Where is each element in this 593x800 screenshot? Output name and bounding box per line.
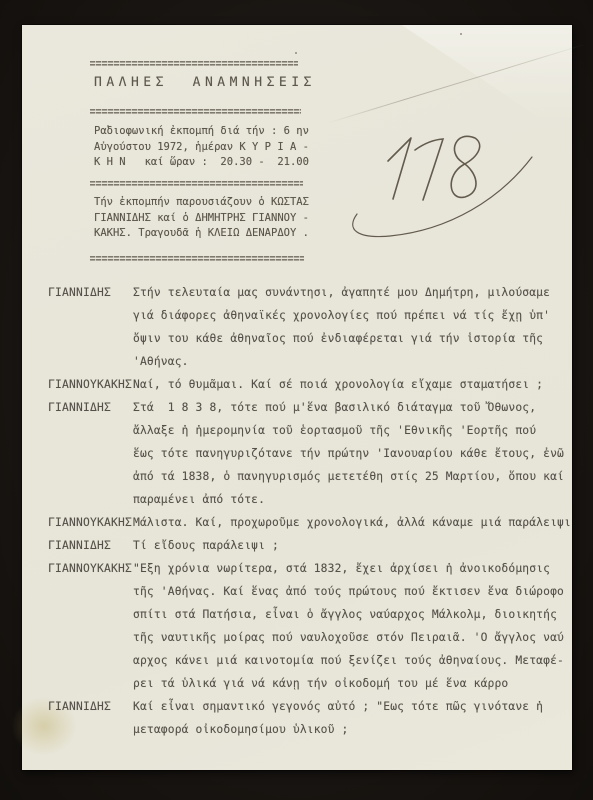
document-page: ΠΑΛΗΕΣ ΑΝΑΜΝΗΣΕΙΣ Ραδιοφωνική ἐκπομπή δι… [22, 25, 572, 770]
broadcast-info: Ραδιοφωνική ἐκπομπή διά τήν : 6 ην Αὐγού… [94, 124, 309, 171]
page-title: ΠΑΛΗΕΣ ΑΝΑΜΝΗΣΕΙΣ [94, 75, 316, 90]
speech-text: Τί εἴδους παράλειψι ; [133, 534, 566, 557]
paper-crease-line [328, 44, 586, 124]
speech-text: Ναί, τό θυμᾶμαι. Καί σέ ποιά χρονολογία … [133, 373, 566, 396]
digit-7-stroke [415, 139, 443, 200]
dialogue-turn: ΓΙΑΝΝΟΥΚΑΚΗΣ Ναί, τό θυμᾶμαι. Καί σέ ποι… [48, 373, 566, 396]
speaker-name: ΓΙΑΝΝΙΔΗΣ [48, 396, 111, 419]
speaker-name: ΓΙΑΝΝΙΔΗΣ [48, 281, 111, 304]
speaker-name: ΓΙΑΝΝΙΔΗΣ [48, 695, 111, 718]
dialogue: ΓΙΑΝΝΙΔΗΣ Στήν τελευταία μας συνάντησι, … [48, 281, 566, 741]
presenters-info: Τήν ἐκπομπήν παρουσιάζουν ὁ ΚΩΣΤΑΣ ΓΙΑΝΝ… [94, 195, 309, 242]
speaker-name: ΓΙΑΝΝΙΔΗΣ [48, 534, 111, 557]
speech-text: "Εξη χρόνια νωρίτερα, στά 1832, ἔχει ἀρχ… [133, 557, 566, 695]
dialogue-turn: ΓΙΑΝΝΙΔΗΣ Στά 1 8 3 8, τότε πού μ'ἕνα βα… [48, 396, 566, 511]
speech-text: Μάλιστα. Καί, προχωροῦμε χρονολογικά, ἀλ… [133, 511, 566, 534]
typed-rule [90, 256, 304, 261]
paper-speck [460, 33, 462, 35]
digit-1-stroke [388, 138, 411, 199]
speech-text: Στά 1 8 3 8, τότε πού μ'ἕνα βασιλικό διά… [133, 396, 566, 511]
dialogue-turn: ΓΙΑΝΝΙΔΗΣ Καί εἶναι σημαντικό γεγονός αὐ… [48, 695, 566, 741]
speech-text: Καί εἶναι σημαντικό γεγονός αὐτό ; "Εως … [133, 695, 566, 741]
speaker-name: ΓΙΑΝΝΟΥΚΑΚΗΣ [48, 557, 132, 580]
digit-8-stroke [451, 136, 479, 197]
speech-text: Στήν τελευταία μας συνάντησι, ἀγαπητέ μο… [133, 281, 566, 373]
speaker-name: ΓΙΑΝΝΟΥΚΑΚΗΣ [48, 511, 132, 534]
dialogue-turn: ΓΙΑΝΝΟΥΚΑΚΗΣ "Εξη χρόνια νωρίτερα, στά 1… [48, 557, 566, 695]
paper-crease-highlight [342, 25, 572, 140]
dialogue-turn: ΓΙΑΝΝΙΔΗΣ Τί εἴδους παράλειψι ; [48, 534, 566, 557]
typed-rule [90, 181, 303, 186]
speaker-name: ΓΙΑΝΝΟΥΚΑΚΗΣ [48, 373, 132, 396]
underline-swoosh-stroke [353, 157, 532, 237]
typed-rule [90, 61, 298, 66]
typed-rule [90, 109, 301, 114]
handwritten-page-number: 178 [332, 117, 547, 252]
dialogue-turn: ΓΙΑΝΝΟΥΚΑΚΗΣ Μάλιστα. Καί, προχωροῦμε χρ… [48, 511, 566, 534]
dialogue-turn: ΓΙΑΝΝΙΔΗΣ Στήν τελευταία μας συνάντησι, … [48, 281, 566, 373]
handwriting-svg: 178 [332, 117, 547, 252]
paper-speck [295, 52, 297, 54]
